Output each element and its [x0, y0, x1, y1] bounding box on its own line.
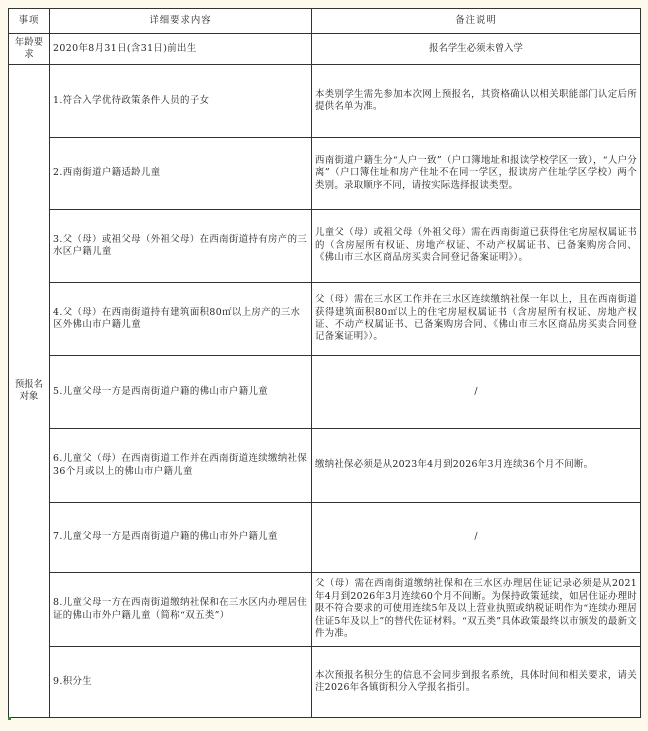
item-notes: 儿童父（母）或祖父母（外祖父母）需在西南街道已获得住宅房屋权属证书的（含房屋所有… [312, 210, 641, 283]
table-row: 8.儿童父母一方在西南街道缴纳社保和在三水区内办理居住证的佛山市外户籍儿童（简称… [9, 573, 641, 647]
item-details: 7.儿童父母一方是西南街道户籍的佛山市外户籍儿童 [50, 503, 312, 573]
item-details: 8.儿童父母一方在西南街道缴纳社保和在三水区内办理居住证的佛山市外户籍儿童（简称… [50, 573, 312, 647]
age-requirement-notes: 报名学生必须未曾入学 [312, 34, 641, 65]
item-details: 1.符合入学优待政策条件人员的子女 [50, 65, 312, 138]
item-notes: 本次预报名积分生的信息不会同步到报名系统，具体时间和相关要求，请关注2026年各… [312, 647, 641, 718]
item-details: 3.父（母）或祖父母（外祖父母）在西南街道持有房产的三水区户籍儿童 [50, 210, 312, 283]
item-details: 5.儿童父母一方是西南街道户籍的佛山市户籍儿童 [50, 356, 312, 429]
table-row: 4.父（母）在西南街道持有建筑面积80㎡以上房产的三水区外佛山市户籍儿童 父（母… [9, 283, 641, 356]
age-requirement-details: 2020年8月31日(含31日)前出生 [50, 34, 312, 65]
item-details: 6.儿童父（母）在西南街道工作并在西南街道连续缴纳社保36个月或以上的佛山市户籍… [50, 429, 312, 503]
table-row: 7.儿童父母一方是西南街道户籍的佛山市外户籍儿童 / [9, 503, 641, 573]
item-notes: 本类别学生需先参加本次网上预报名，其资格确认以相关职能部门认定后所提供名单为准。 [312, 65, 641, 138]
table-header-row: 事项 详细要求内容 备注说明 [9, 9, 641, 34]
table-row-age-requirement: 年龄要求 2020年8月31日(含31日)前出生 报名学生必须未曾入学 [9, 34, 641, 65]
item-notes: / [312, 356, 641, 429]
item-notes: / [312, 503, 641, 573]
category-age-requirement: 年龄要求 [9, 34, 50, 65]
category-pre-registration: 预报名对象 [9, 65, 50, 718]
item-details: 2.西南街道户籍适龄儿童 [50, 138, 312, 210]
table-row: 2.西南街道户籍适龄儿童 西南街道户籍生分“人户一致”（户口簿地址和报读学校学区… [9, 138, 641, 210]
item-notes: 父（母）需在西南街道缴纳社保和在三水区办理居住证记录必须是从2021年4月到20… [312, 573, 641, 647]
item-details: 9.积分生 [50, 647, 312, 718]
table-row: 预报名对象 1.符合入学优待政策条件人员的子女 本类别学生需先参加本次网上预报名… [9, 65, 641, 138]
header-category: 事项 [9, 9, 50, 34]
item-notes: 西南街道户籍生分“人户一致”（户口簿地址和报读学校学区一致），“人户分离”（户口… [312, 138, 641, 210]
header-details: 详细要求内容 [50, 9, 312, 34]
table-row: 9.积分生 本次预报名积分生的信息不会同步到报名系统，具体时间和相关要求，请关注… [9, 647, 641, 718]
item-details: 4.父（母）在西南街道持有建筑面积80㎡以上房产的三水区外佛山市户籍儿童 [50, 283, 312, 356]
cell-corner-marker [8, 717, 11, 720]
table-row: 6.儿童父（母）在西南街道工作并在西南街道连续缴纳社保36个月或以上的佛山市户籍… [9, 429, 641, 503]
document-page: 事项 详细要求内容 备注说明 年龄要求 2020年8月31日(含31日)前出生 … [0, 0, 648, 731]
table-row: 5.儿童父母一方是西南街道户籍的佛山市户籍儿童 / [9, 356, 641, 429]
requirements-table: 事项 详细要求内容 备注说明 年龄要求 2020年8月31日(含31日)前出生 … [8, 8, 641, 718]
item-notes: 父（母）需在三水区工作并在三水区连续缴纳社保一年以上，且在西南街道获得建筑面积8… [312, 283, 641, 356]
table-row: 3.父（母）或祖父母（外祖父母）在西南街道持有房产的三水区户籍儿童 儿童父（母）… [9, 210, 641, 283]
header-notes: 备注说明 [312, 9, 641, 34]
item-notes: 缴纳社保必须是从2023年4月到2026年3月连续36个月不间断。 [312, 429, 641, 503]
